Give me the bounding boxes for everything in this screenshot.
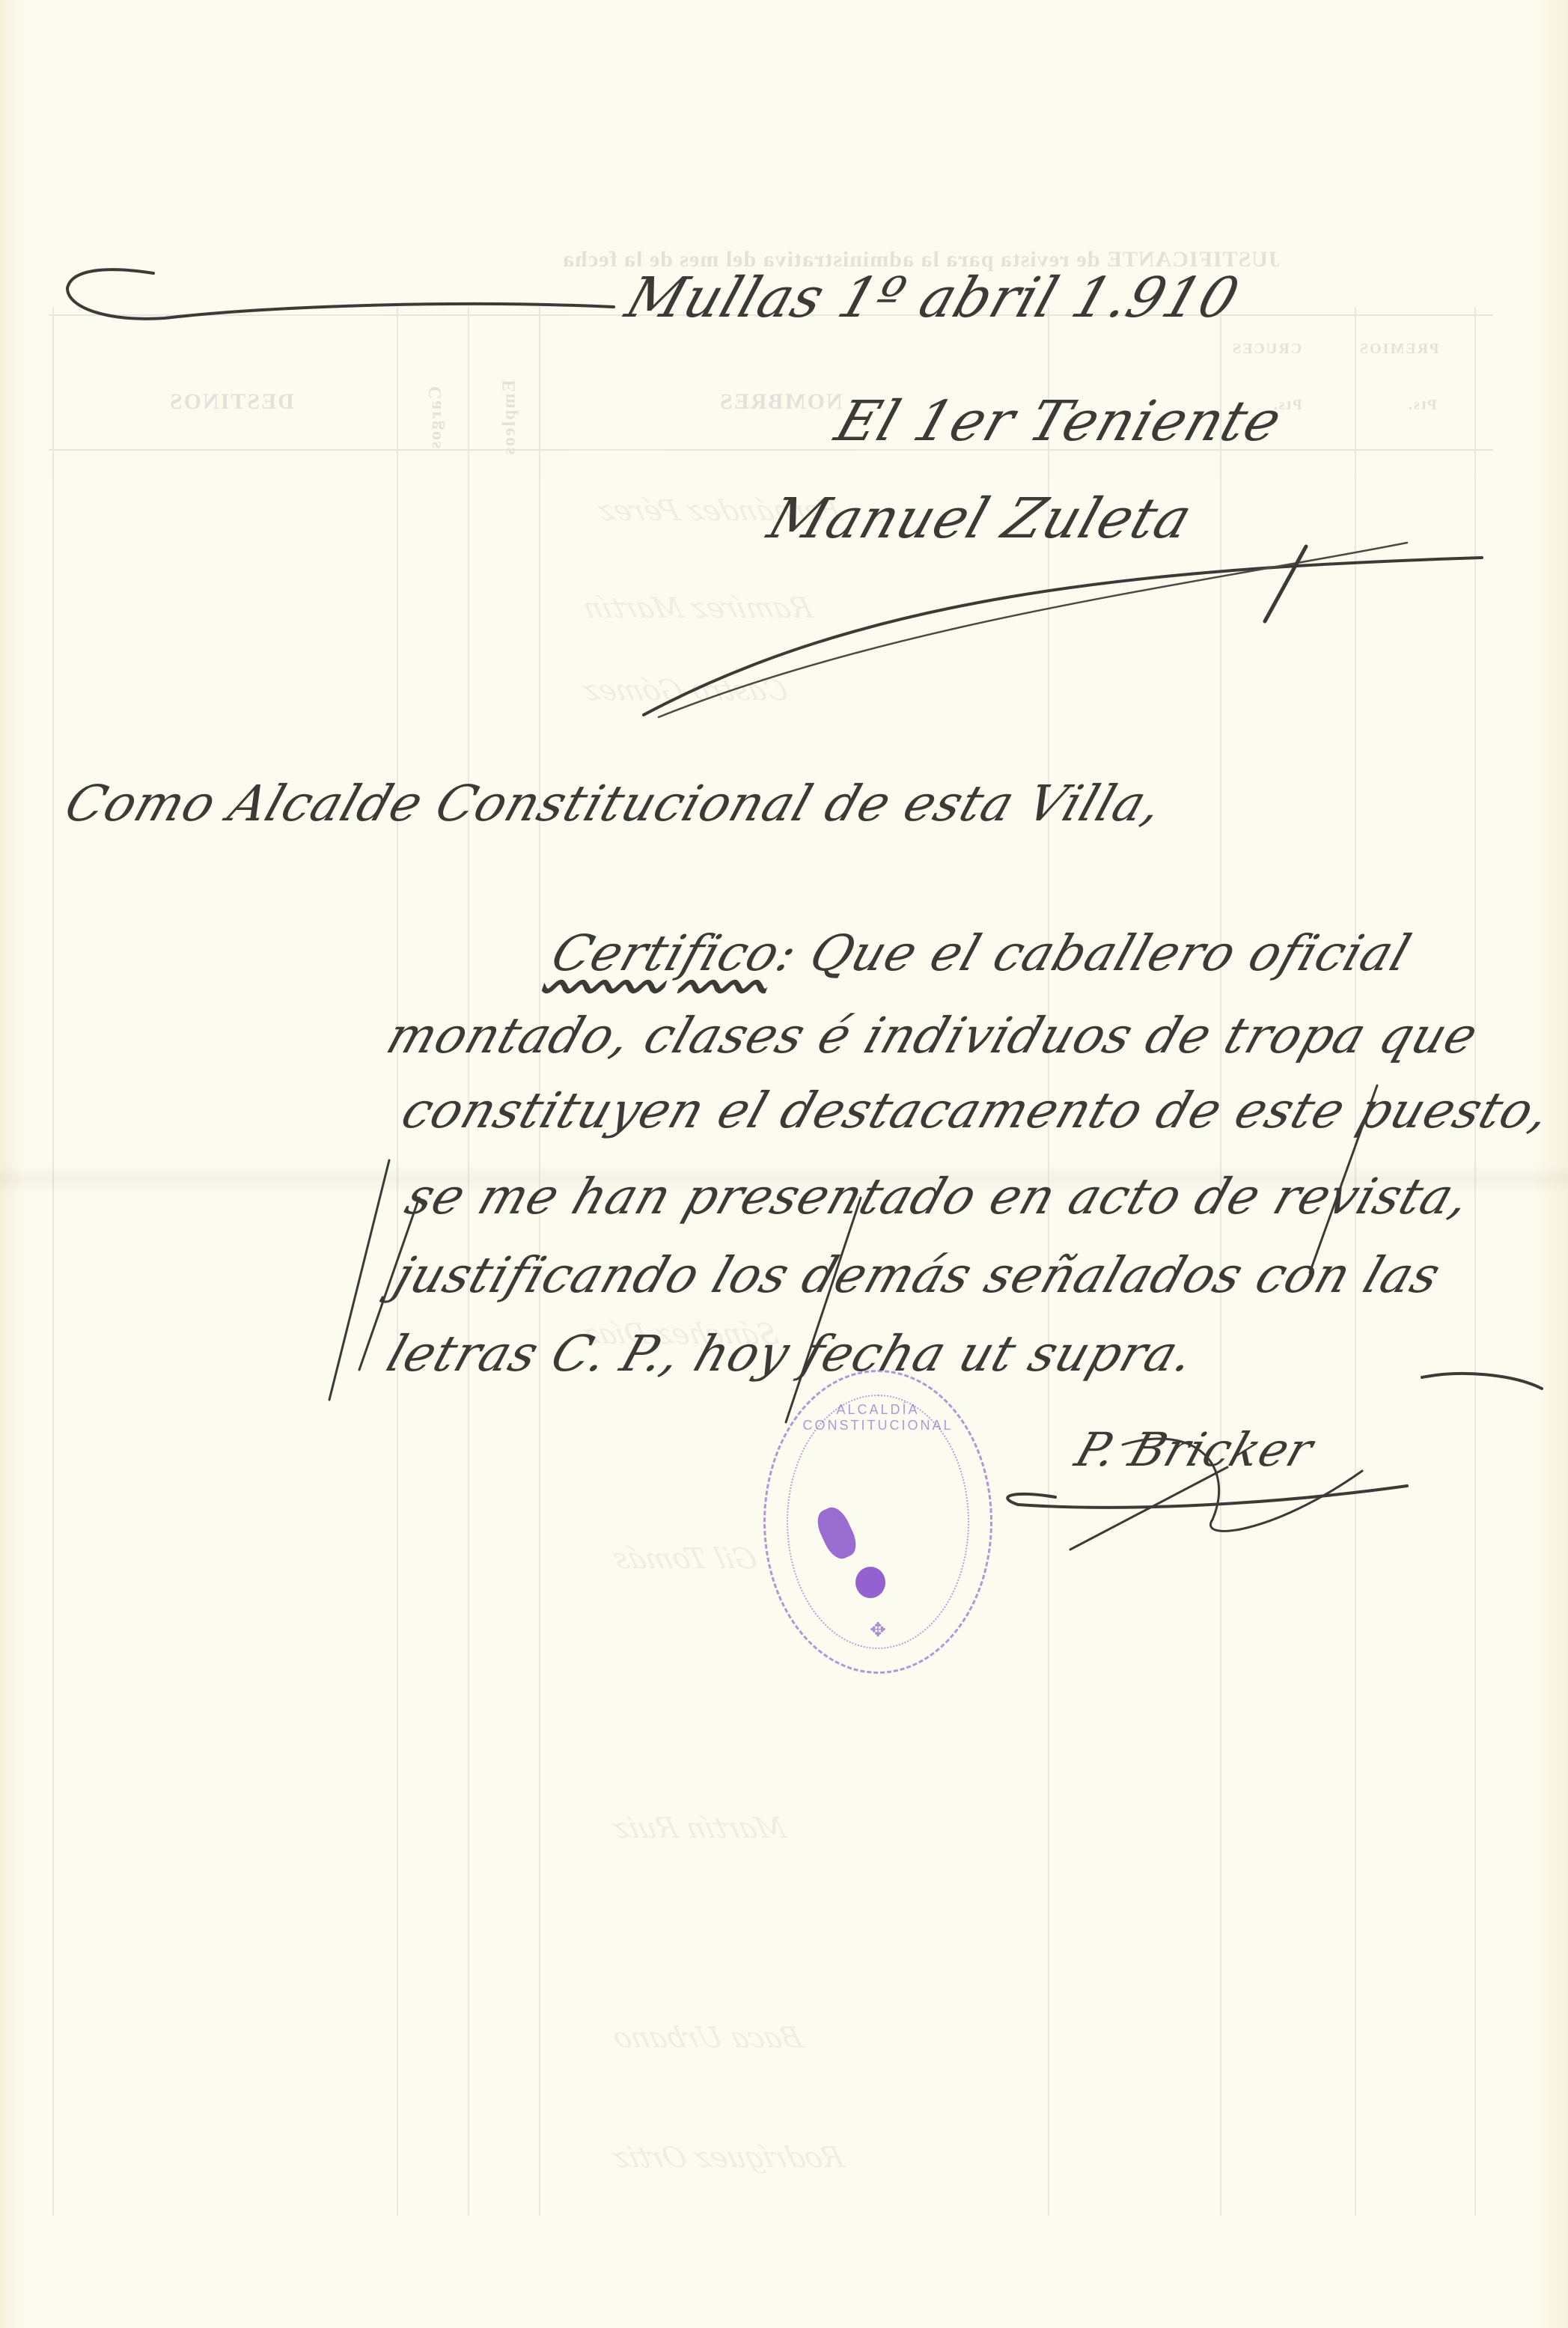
cert-line-6: justificando los demás señalados con las <box>387 1246 1447 1304</box>
bleed-header-cargos: Cargos <box>426 386 446 450</box>
seal-ink-blot <box>855 1567 885 1598</box>
bleed-ghost-row: Castro Gómez <box>579 674 791 707</box>
bleed-header-empleos: Empleos <box>500 380 520 456</box>
seal-emblem-icon: ✥ <box>766 1619 990 1642</box>
bleed-header-cruces: CRUCES <box>1231 341 1302 358</box>
bleed-header-premios: PREMIOS <box>1358 341 1439 358</box>
bleed-ghost-row: Martín Ruiz <box>609 1811 790 1844</box>
officer-signature: Manuel Zuleta <box>760 487 1201 551</box>
bleed-col-rule <box>52 307 54 2216</box>
bleed-through-form: JUSTIFICANTE de revista para la administ… <box>0 0 1568 2328</box>
cert-line-2-rest: : Que el caballero oficial <box>769 924 1418 982</box>
bleed-header-nombres: NOMBRES <box>719 389 843 415</box>
bleed-col-rule <box>1474 307 1476 2216</box>
bleed-subheader: Pts. <box>1407 397 1437 414</box>
seal-text: ALCALDÍA CONSTITUCIONAL <box>766 1402 990 1433</box>
certifico-word: Certifico <box>544 924 787 982</box>
cert-line-5: se me han presentado en acto de revista, <box>398 1168 1477 1225</box>
bleed-rule <box>49 449 1493 451</box>
cert-line-7: letras C. P., hoy fecha ut supra. <box>379 1325 1202 1383</box>
municipal-seal-stamp: ALCALDÍA CONSTITUCIONAL ✥ <box>763 1370 992 1674</box>
bleed-ghost-row: Rodríguez Ortiz <box>609 2141 847 2174</box>
bleed-ghost-row: Gil Tomás <box>609 1542 760 1575</box>
bleed-ghost-row: Baca Urbano <box>609 2021 806 2054</box>
officer-title: El 1er Teniente <box>828 389 1290 454</box>
cert-line-4: constituyen el destacamento de este pues… <box>394 1082 1558 1139</box>
bleed-col-rule <box>397 307 398 2216</box>
bleed-header-destinos: DESTINOS <box>168 389 294 415</box>
cert-line-1: Como Alcalde Constitucional de esta Vill… <box>58 775 1170 832</box>
cert-line-2: Certifico: Que el caballero oficial <box>554 924 1409 982</box>
mayor-signature: P. Bricker <box>1069 1422 1320 1477</box>
bleed-ghost-row: Ramírez Martín <box>579 591 817 624</box>
place-date: Mullas 1º abril 1.910 <box>618 266 1247 330</box>
cert-line-3: montado, clases é individuos de tropa qu… <box>379 1007 1485 1064</box>
